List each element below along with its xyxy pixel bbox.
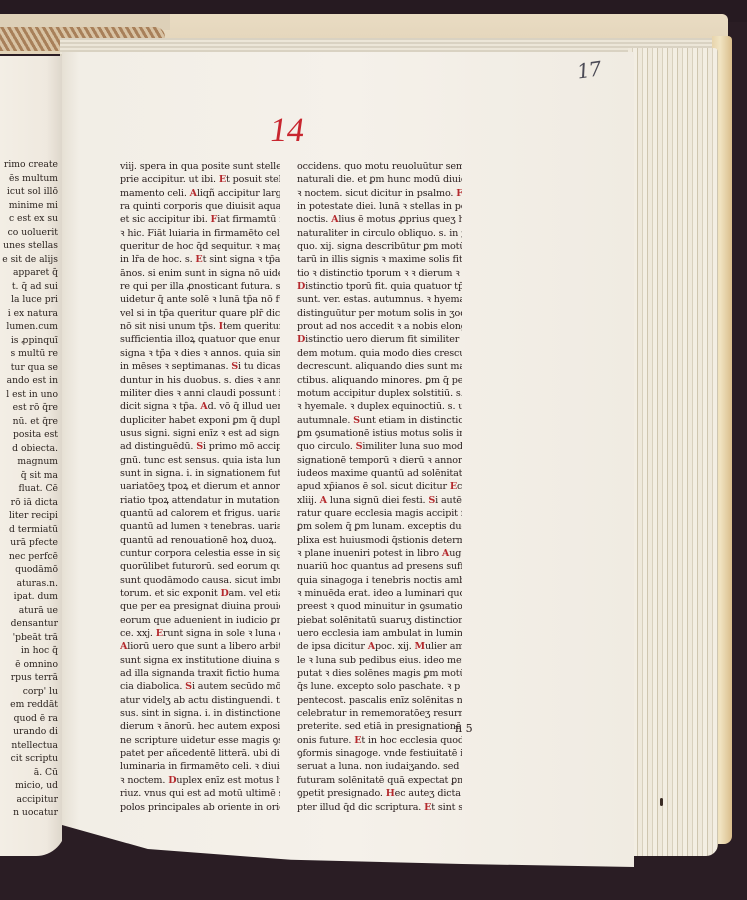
left-text-line: i ex natura xyxy=(0,307,58,321)
text-line: nuariū hoc quantus ad presens sufficiat.… xyxy=(297,560,462,573)
left-text-line: 'pbeāt trā xyxy=(0,631,58,645)
text-line: quantū ad calorem et frigus. uariatio di… xyxy=(120,507,280,520)
left-text-line: rō iā dicta xyxy=(0,496,58,510)
text-line: polos principales ab oriente in oriens p… xyxy=(120,801,280,814)
left-text-line: densantur xyxy=(0,617,58,631)
text-line: celebratur in rememoratōeʒ resurrectioni… xyxy=(297,707,462,720)
text-line: militer dies ꝛ anni claudi possunt in ho… xyxy=(120,387,280,400)
text-line: ꝯpetit presignado. Hec auteʒ dicta sunt … xyxy=(297,787,462,800)
text-line: plixa est huiusmodi q̄stionis determinat… xyxy=(297,534,462,547)
text-line: riatio tpoꝝ attendatur in mutatione aeri… xyxy=(120,494,280,507)
page-stack-fore-edge xyxy=(628,48,718,856)
text-line: patet per añcedentē litterā. ubi dicitur… xyxy=(120,747,280,760)
text-line: iudeos maxime quantū ad solēnitates. sic… xyxy=(297,467,462,480)
left-text-line: la luce pri xyxy=(0,293,58,307)
text-line: sunt quodāmodo causa. sicut imbriū ꝛ uen xyxy=(120,574,280,587)
text-line: ꝑm ꝯsumationē istius motus solis in obli xyxy=(297,427,462,440)
left-text-line: corp' lu xyxy=(0,685,58,699)
text-line: que per ea presignat diuina prouidētia. … xyxy=(120,600,280,613)
text-line: putat ꝛ dies solēnes magis ꝑm motū solis xyxy=(297,667,462,680)
text-line: ꝛ noctem. sicut dicitur in psalmo. Fecit… xyxy=(297,187,462,200)
text-line: q̄s lune. excepto solo paschate. ꝛ p ꝯse… xyxy=(297,680,462,693)
rubricated-column-number: 14 xyxy=(267,112,306,150)
left-text-line: ē omnino xyxy=(0,658,58,672)
text-line: sunt. ver. estas. autumnus. ꝛ hyema. que xyxy=(297,293,462,306)
text-line: torum. et sic exponit Dam. vel etiam eor… xyxy=(120,587,280,600)
text-line: et sic accipitur ibi. Fiat firmamtū in m… xyxy=(120,213,280,226)
text-line: autumnale. Sunt etiam in distinctionē ān… xyxy=(297,414,462,427)
text-line: ꝛ noctem. Duplex enīz est motus lumina xyxy=(120,774,280,787)
left-text-line: accipitur xyxy=(0,793,58,807)
text-line: ānos. si enim sunt in signa nō uidetur p… xyxy=(120,267,280,280)
text-line: ad distinguēdū. Si primo mō accipiatur s… xyxy=(120,440,280,453)
text-line: apud xp̄ianos ē sol. sicut dicitur Eccle… xyxy=(297,480,462,493)
text-line: occidens. quo motu reuoluūtur semel quol… xyxy=(297,160,462,173)
left-text-line: quodāmō xyxy=(0,563,58,577)
left-text-line: ntellectua xyxy=(0,739,58,753)
left-text-line: e sit de alijs xyxy=(0,253,58,267)
left-text-line: n uocatur xyxy=(0,806,58,820)
left-text-line: rpus terrā xyxy=(0,671,58,685)
text-line: vel si in tp̄a queritur quare plr̄ dicit… xyxy=(120,307,280,320)
text-line: nō sit nisi unum tp̄s. Item queritur de xyxy=(120,320,280,333)
left-text-line: nec perfcē xyxy=(0,550,58,564)
text-line: ꝑm solem q̄ ꝑm lunam. exceptis duobus. xyxy=(297,520,462,533)
text-line: pter illud q̄d dic scriptura. Et sint si… xyxy=(297,801,462,814)
text-line: quo. xij. signa describūtur ꝑm motū plan… xyxy=(297,240,462,253)
text-line: prie accipitur. ut ibi. Et posuit stella… xyxy=(120,173,280,186)
text-line: prout ad nos accedit ꝛ a nobis elongatur… xyxy=(297,320,462,333)
text-line: sunt in signa. i. in signationem futuror… xyxy=(120,467,280,480)
text-line: ctibus. aliquando minores. ꝑm q̄ per ill… xyxy=(297,374,462,387)
left-text-line: posita est xyxy=(0,428,58,442)
signature-mark: n 5 xyxy=(455,722,473,735)
left-text-line: t. q̄ ad sui xyxy=(0,280,58,294)
text-line: distinguūtur per motum solis in ʒodiaco. xyxy=(297,307,462,320)
left-text-line: unes stellas xyxy=(0,239,58,253)
text-line: re qui per illa ꝓnosticant futura. si in… xyxy=(120,280,280,293)
text-line: dupliciter habet exponi ꝑm q̄ duplex est xyxy=(120,414,280,427)
text-line: noctis. Alius ē motus ꝓprius queʒ hēnt xyxy=(297,213,462,226)
left-text-line: urā pfecte xyxy=(0,536,58,550)
left-text-line: ando est in xyxy=(0,374,58,388)
text-line: duntur in his duobus. s. dies ꝛ annos. t… xyxy=(120,374,280,387)
left-text-line: l est in uno xyxy=(0,388,58,402)
left-text-line: apparet q̄ xyxy=(0,266,58,280)
text-line: dicit signa ꝛ tp̄a. Ad. vō q̄ illud uerb… xyxy=(120,400,280,413)
text-line: cia diabolica. Si autem secūdo mō accipi xyxy=(120,680,280,693)
text-line: preterite. sed etiā in presignationē ref… xyxy=(297,720,462,733)
text-line: cuntur corpora celestia esse in signa. n… xyxy=(120,547,280,560)
text-line: queritur de hoc q̄d sequitur. ꝛ magr̄ qu… xyxy=(120,240,280,253)
text-line: Distinctio uero dierum fit similiter per… xyxy=(297,333,462,346)
text-line: atur videlʒ ab actu distinguendi. tunc ē… xyxy=(120,694,280,707)
text-line: uidetur q̄ ante solē ꝛ lunā tp̄a nō fuer… xyxy=(120,293,280,306)
text-line: naturali die. et ꝑm hunc modū diuidunt d… xyxy=(297,173,462,186)
text-line: preest ꝛ quod minuitur in ꝯsumatione acc… xyxy=(297,600,462,613)
text-line: le ꝛ luna sub pedibus eius. ideo menses … xyxy=(297,654,462,667)
left-text-line: q̄ sit ma xyxy=(0,469,58,483)
text-line: pentecost. pascalis enīz solēnitas non s… xyxy=(297,694,462,707)
text-line: in mēses ꝛ septimanas. Si tu dicas q̄ cl… xyxy=(120,360,280,373)
left-text-line: fluat. Cē xyxy=(0,482,58,496)
left-text-line: ēs multum xyxy=(0,172,58,186)
left-text-line: cit scriptu xyxy=(0,752,58,766)
left-text-line: d obiecta. xyxy=(0,442,58,456)
left-text-line: ā. Cū xyxy=(0,766,58,780)
text-line: seruat a luna. non iudaiʒando. sed poti'… xyxy=(297,760,462,773)
left-text-line: ipat. dum xyxy=(0,590,58,604)
text-line: naturaliter in circulo obliquo. s. in ʒo… xyxy=(297,227,462,240)
text-line: Aliorū uero que sunt a libero arbitrio n… xyxy=(120,640,280,653)
text-line: sus. sint in signa. i. in distinctiones … xyxy=(120,707,280,720)
left-text-line: rimo create xyxy=(0,158,58,172)
text-line: ra quinti corporis que diuisit aquas ab … xyxy=(120,200,280,213)
text-line: de ipsa dicitur Apoc. xij. Mulier amicta… xyxy=(297,640,462,653)
text-column-a: viij. spera in qua posite sunt stelle. e… xyxy=(120,160,280,814)
left-text-line: quod ē ra xyxy=(0,712,58,726)
text-line: motum accipitur duplex solstitiū. s. est… xyxy=(297,387,462,400)
text-line: mamento celi. Aliqñ accipitur large ꝓ na… xyxy=(120,187,280,200)
text-line: ce. xxj. Erunt signa in sole ꝛ luna et s… xyxy=(120,627,280,640)
text-line: ad illa signanda traxit fictio humana ꝛ … xyxy=(120,667,280,680)
text-line: in potestate diei. lunā ꝛ stellas in pot… xyxy=(297,200,462,213)
left-text-line: tur qua se xyxy=(0,361,58,375)
text-line: uariatōeʒ tpoꝝ et dierum et annoruz. ut … xyxy=(120,480,280,493)
text-line: in lr̄a de hoc. s. Et sint signa ꝛ tp̄a … xyxy=(120,253,280,266)
left-text-line: is ꝓpinquī xyxy=(0,334,58,348)
left-text-line: magnum xyxy=(0,455,58,469)
text-line: signa ꝛ tp̄a ꝛ dies ꝛ annos. quia simil'… xyxy=(120,347,280,360)
text-line: ratur quare ecclesia magis accipit festa… xyxy=(297,507,462,520)
text-line: quorūlibet futurorū. sed eorum quoruz ip… xyxy=(120,560,280,573)
text-line: ꝛ minuēda erat. ideo a luminari quod noc… xyxy=(297,587,462,600)
left-text-line: aturas.n. xyxy=(0,577,58,591)
text-column-b: occidens. quo motu reuoluūtur semel quol… xyxy=(297,160,462,814)
text-line: viij. spera in qua posite sunt stelle. e… xyxy=(120,160,280,173)
left-text-line: est rō q̄re xyxy=(0,401,58,415)
text-line: eorum que aduenient in iudicio ꝑm illud … xyxy=(120,614,280,627)
text-line: futuram solēnitatē quā expectat ꝑm q̄ si… xyxy=(297,774,462,787)
left-text-line: icut sol illō xyxy=(0,185,58,199)
text-line: ꝛ hic. Fiāt luiaria in firmamēto celi. I… xyxy=(120,227,280,240)
text-line: decrescunt. aliquando dies sunt maiores … xyxy=(297,360,462,373)
text-line: dierum ꝛ ānorū. hec autem expositio diui xyxy=(120,720,280,733)
handwritten-folio-number: 17 xyxy=(575,56,602,83)
text-line: quia sinagoga i tenebris noctis ambulaba… xyxy=(297,574,462,587)
text-line: sufficientia illoꝝ quatuor que enumerat.… xyxy=(120,333,280,346)
text-line: ꝛ hyemale. ꝛ duplex equinoctiū. s. uerna… xyxy=(297,400,462,413)
text-line: usus signi. signi enīz ꝛ est ad signandū… xyxy=(120,427,280,440)
text-line: ꝛ plane inueniri potest in libro Aug. ad… xyxy=(297,547,462,560)
text-line: xliij. A luna signū diei festi. Si autē … xyxy=(297,494,462,507)
text-line: quantū ad renouationē hoꝝ duoꝝ. Et sic d… xyxy=(120,534,280,547)
left-text-line: urando di xyxy=(0,725,58,739)
left-text-line: minime mi xyxy=(0,199,58,213)
left-text-line: nū. et q̄re xyxy=(0,415,58,429)
left-text-line: d termiatū xyxy=(0,523,58,537)
left-text-line: em reddāt xyxy=(0,698,58,712)
text-line: tio ꝛ distinctio tporum ꝛ ꝛ dierum ꝛ ann… xyxy=(297,267,462,280)
left-text-line: s multū re xyxy=(0,347,58,361)
left-text-line: aturā ue xyxy=(0,604,58,618)
text-line: piebat solēnitatū suaruʒ distinctionē. Q… xyxy=(297,614,462,627)
left-text-line: lumen.cum xyxy=(0,320,58,334)
text-line: signationē temporū ꝛ dierū ꝛ annorū apud xyxy=(297,454,462,467)
text-line: quo circulo. Similiter luna suo modo est… xyxy=(297,440,462,453)
left-text-line: in hoc q̄ xyxy=(0,644,58,658)
paper-stain xyxy=(660,798,663,806)
text-line: sunt signa ex institutione diuina sed po… xyxy=(120,654,280,667)
left-text-line: c est ex su xyxy=(0,212,58,226)
left-text-line: liter recipi xyxy=(0,509,58,523)
left-page-text-column: rimo createēs multumicut sol illōminime … xyxy=(0,158,58,820)
text-line: luminaria in firmamēto celi. ꝛ diuidant … xyxy=(120,760,280,773)
text-line: ꝯformis sinagoge. vnde festiuitatē illam… xyxy=(297,747,462,760)
text-line: tarū in illis signis ꝛ maxime solis fit … xyxy=(297,253,462,266)
text-line: Distinctio tporū fit. quia quatuor tp̄a … xyxy=(297,280,462,293)
text-line: quantū ad lumen ꝛ tenebras. uariatio āno… xyxy=(120,520,280,533)
text-line: dem motum. quia modo dies crescunt. mō xyxy=(297,347,462,360)
text-line: uero ecclesia iam ambulat in lumine. sic… xyxy=(297,627,462,640)
text-line: gnū. tunc est sensus. quia ista luminari… xyxy=(120,454,280,467)
left-text-line: co uoluerit xyxy=(0,226,58,240)
left-text-line: micio, ud xyxy=(0,779,58,793)
text-line: riuz. vnus qui est ad motū ultimē spere … xyxy=(120,787,280,800)
text-line: ne scripture uidetur esse magis ꝯsona. q… xyxy=(120,734,280,747)
text-line: onis future. Et in hoc ecclesia quodāmod… xyxy=(297,734,462,747)
